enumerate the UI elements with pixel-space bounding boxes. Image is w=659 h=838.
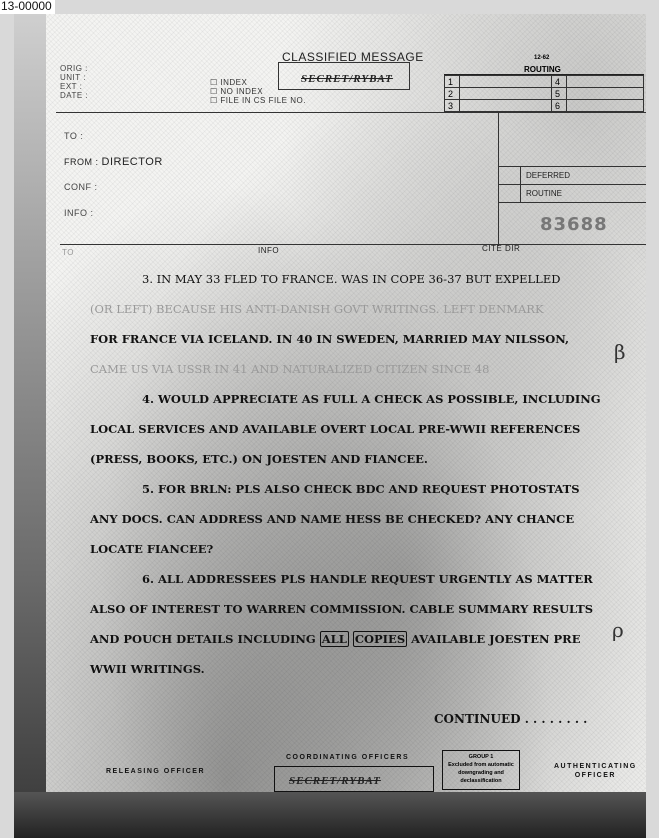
- body-line: LOCAL SERVICES AND AVAILABLE OVERT LOCAL…: [90, 414, 630, 444]
- routing-slot-3: 3: [445, 100, 460, 112]
- dispatch-to: TO: [62, 248, 74, 257]
- divider: [60, 244, 646, 245]
- body-line: 5. FOR BRLN: PLS ALSO CHECK BDC AND REQU…: [90, 474, 630, 504]
- precedence-routine: ROUTINE: [526, 189, 562, 198]
- body-line: AND POUCH DETAILS INCLUDING ALL COPIES A…: [90, 624, 630, 654]
- divider: [498, 112, 499, 246]
- dispatch-info: INFO: [258, 246, 279, 255]
- classification-stamp: SECRET/RYBAT: [301, 73, 409, 85]
- routing-slot-1: 1: [445, 76, 460, 88]
- body-line: FOR FRANCE VIA ICELAND. IN 40 IN SWEDEN,…: [90, 324, 630, 354]
- handwritten-mark: β: [614, 340, 626, 364]
- routing-slot-4: 4: [552, 76, 567, 88]
- precedence-deferred: DEFERRED: [526, 171, 570, 180]
- body-line: LOCATE FIANCEE?: [90, 534, 630, 564]
- body-line: CAME US VIA USSR IN 41 AND NATURALIZED C…: [90, 354, 630, 384]
- body-line: 4. WOULD APPRECIATE AS FULL A CHECK AS P…: [90, 384, 630, 414]
- body-line: ALSO OF INTEREST TO WARREN COMMISSION. C…: [90, 594, 630, 624]
- continued-label: CONTINUED . . . . . . . .: [434, 712, 587, 726]
- divider: [520, 166, 521, 202]
- file-in-cs-option[interactable]: ☐ FILE IN CS FILE NO.: [210, 96, 306, 105]
- document-id: 13-00000: [0, 0, 55, 14]
- routing-slot-5: 5: [552, 88, 567, 100]
- circled-word: ALL: [320, 631, 349, 647]
- from-value: DIRECTOR: [102, 156, 163, 168]
- info-field: INFO :: [64, 208, 94, 218]
- divider: [498, 202, 646, 203]
- to-field: TO :: [64, 131, 83, 141]
- divider: [56, 112, 646, 113]
- classified-message-page: ORIG : UNIT : EXT : DATE : ☐ INDEX ☐ NO …: [46, 14, 646, 822]
- from-field: FROM : DIRECTOR: [64, 156, 163, 168]
- date-field: DATE :: [60, 91, 88, 100]
- classification-stamp: SECRET/RYBAT: [289, 775, 433, 787]
- form-number: 12-62: [534, 55, 549, 61]
- routing-table: 12-62 ROUTING 14 25 36: [444, 74, 644, 112]
- message-number: 83688: [540, 214, 608, 235]
- orig-field: ORIG :: [60, 64, 88, 73]
- coordinating-officers-label: COORDINATING OFFICERS: [286, 754, 409, 761]
- scan-left-edge: [14, 14, 46, 822]
- handwritten-mark: ρ: [612, 618, 624, 642]
- authenticating-officer-label: AUTHENTICATING OFFICER: [554, 762, 637, 780]
- conf-field: CONF :: [64, 182, 98, 192]
- classification-box: SECRET/RYBAT: [278, 62, 410, 90]
- group-box: GROUP 1 Excluded from automatic downgrad…: [442, 750, 520, 790]
- routing-slot-2: 2: [445, 88, 460, 100]
- releasing-officer-label: RELEASING OFFICER: [106, 768, 205, 775]
- scan-bottom-edge: [14, 792, 646, 838]
- ext-field: EXT :: [60, 82, 88, 91]
- body-line: ANY DOCS. CAN ADDRESS AND NAME HESS BE C…: [90, 504, 630, 534]
- header-fields: ORIG : UNIT : EXT : DATE :: [60, 64, 88, 100]
- body-line: 6. ALL ADDRESSEES PLS HANDLE REQUEST URG…: [90, 564, 630, 594]
- cite-dir: CITE DIR: [482, 244, 520, 253]
- message-body: 3. IN MAY 33 FLED TO FRANCE. WAS IN COPE…: [90, 264, 630, 684]
- body-line: WWII WRITINGS.: [90, 654, 630, 684]
- routing-label: ROUTING: [524, 65, 561, 74]
- routing-slot-6: 6: [552, 100, 567, 112]
- body-line: (PRESS, BOOKS, ETC.) ON JOESTEN AND FIAN…: [90, 444, 630, 474]
- unit-field: UNIT :: [60, 73, 88, 82]
- coordinating-officers-box: SECRET/RYBAT: [274, 766, 434, 792]
- circled-word: COPIES: [353, 631, 407, 647]
- body-line: (OR LEFT) BECAUSE HIS ANTI-DANISH GOVT W…: [90, 294, 630, 324]
- body-line: 3. IN MAY 33 FLED TO FRANCE. WAS IN COPE…: [90, 264, 630, 294]
